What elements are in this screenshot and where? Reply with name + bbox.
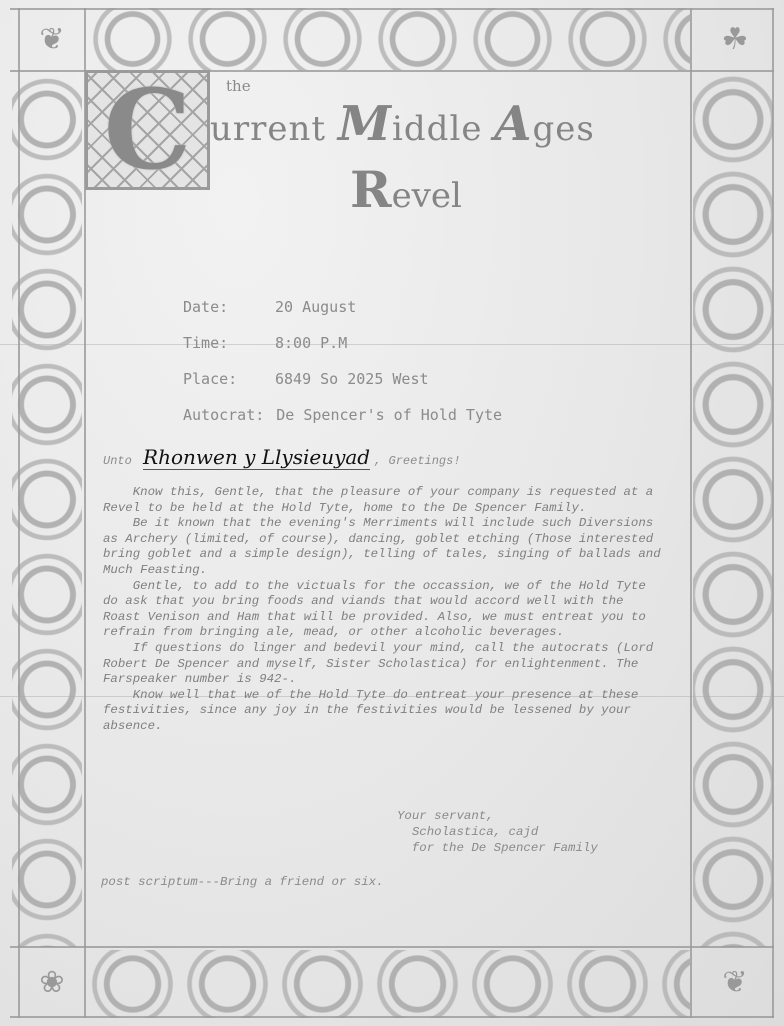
title-revel-cap: R <box>350 160 392 219</box>
body-paragraph: Know well that we of the Hold Tyte do en… <box>103 688 663 735</box>
apple-icon: ☘ <box>705 12 765 67</box>
signoff-block: Your servant, Scholastica, cajd for the … <box>397 808 598 856</box>
detail-value: 8:00 P.M <box>275 334 347 352</box>
frame-line <box>10 8 774 10</box>
initial-letter: C <box>104 75 192 185</box>
detail-label: Place: <box>183 370 275 388</box>
border-top-scrollwork <box>85 8 690 70</box>
recipient-name-handwritten: Rhonwen y Llysieuyad <box>143 445 370 470</box>
title-word-3-rest: ges <box>533 109 595 149</box>
border-bottom-scrollwork <box>85 950 690 1018</box>
signoff-name: Scholastica, cajd <box>397 824 598 840</box>
invitation-body: Know this, Gentle, that the pleasure of … <box>103 485 663 735</box>
border-right-scrollwork <box>693 72 773 947</box>
greeting-prefix: Unto <box>103 454 132 468</box>
frame-line <box>690 8 692 1018</box>
detail-autocrat: Autocrat:De Spencer's of Hold Tyte <box>183 406 502 442</box>
detail-label: Autocrat: <box>183 406 264 424</box>
body-paragraph: Be it known that the evening's Merriment… <box>103 516 663 578</box>
illuminated-initial: C <box>85 70 210 190</box>
event-details: Date:20 August Time:8:00 P.M Place:6849 … <box>183 298 502 442</box>
detail-label: Time: <box>183 334 275 352</box>
body-paragraph: If questions do linger and bedevil your … <box>103 641 663 688</box>
title-word-3-cap: A <box>494 96 532 152</box>
body-paragraph: Gentle, to add to the victuals for the o… <box>103 579 663 641</box>
frame-line <box>10 946 774 948</box>
border-left-scrollwork <box>12 72 82 947</box>
postscript: post scriptum---Bring a friend or six. <box>101 875 384 889</box>
detail-value: 20 August <box>275 298 356 316</box>
frame-line <box>18 8 20 1018</box>
detail-date: Date:20 August <box>183 298 502 334</box>
title-word-2-cap: M <box>338 96 392 152</box>
frame-line <box>772 8 774 1018</box>
frame-line <box>10 1016 774 1018</box>
greeting-line: Unto Rhonwen y Llysieuyad, Greetings! <box>103 445 461 469</box>
greeting-suffix: , Greetings! <box>374 454 460 468</box>
grapes-icon: ❦ <box>22 12 82 67</box>
grapes-icon: ❦ <box>705 955 765 1010</box>
detail-place: Place:6849 So 2025 West <box>183 370 502 406</box>
title-line-2: Revel <box>350 160 462 219</box>
title-word-2-rest: iddle <box>392 109 482 149</box>
detail-time: Time:8:00 P.M <box>183 334 502 370</box>
detail-label: Date: <box>183 298 275 316</box>
signoff-closing: Your servant, <box>397 808 598 824</box>
title-revel-rest: evel <box>392 176 462 216</box>
detail-value: De Spencer's of Hold Tyte <box>276 406 502 424</box>
body-paragraph: Know this, Gentle, that the pleasure of … <box>103 485 663 516</box>
title-word-1-rest: urrent <box>210 109 326 149</box>
title-prefix: the <box>226 77 251 95</box>
title-line-1: urrent Middle Ages <box>210 96 595 152</box>
fruit-icon: ❀ <box>22 955 82 1010</box>
detail-value: 6849 So 2025 West <box>275 370 429 388</box>
signoff-behalf: for the De Spencer Family <box>397 840 598 856</box>
